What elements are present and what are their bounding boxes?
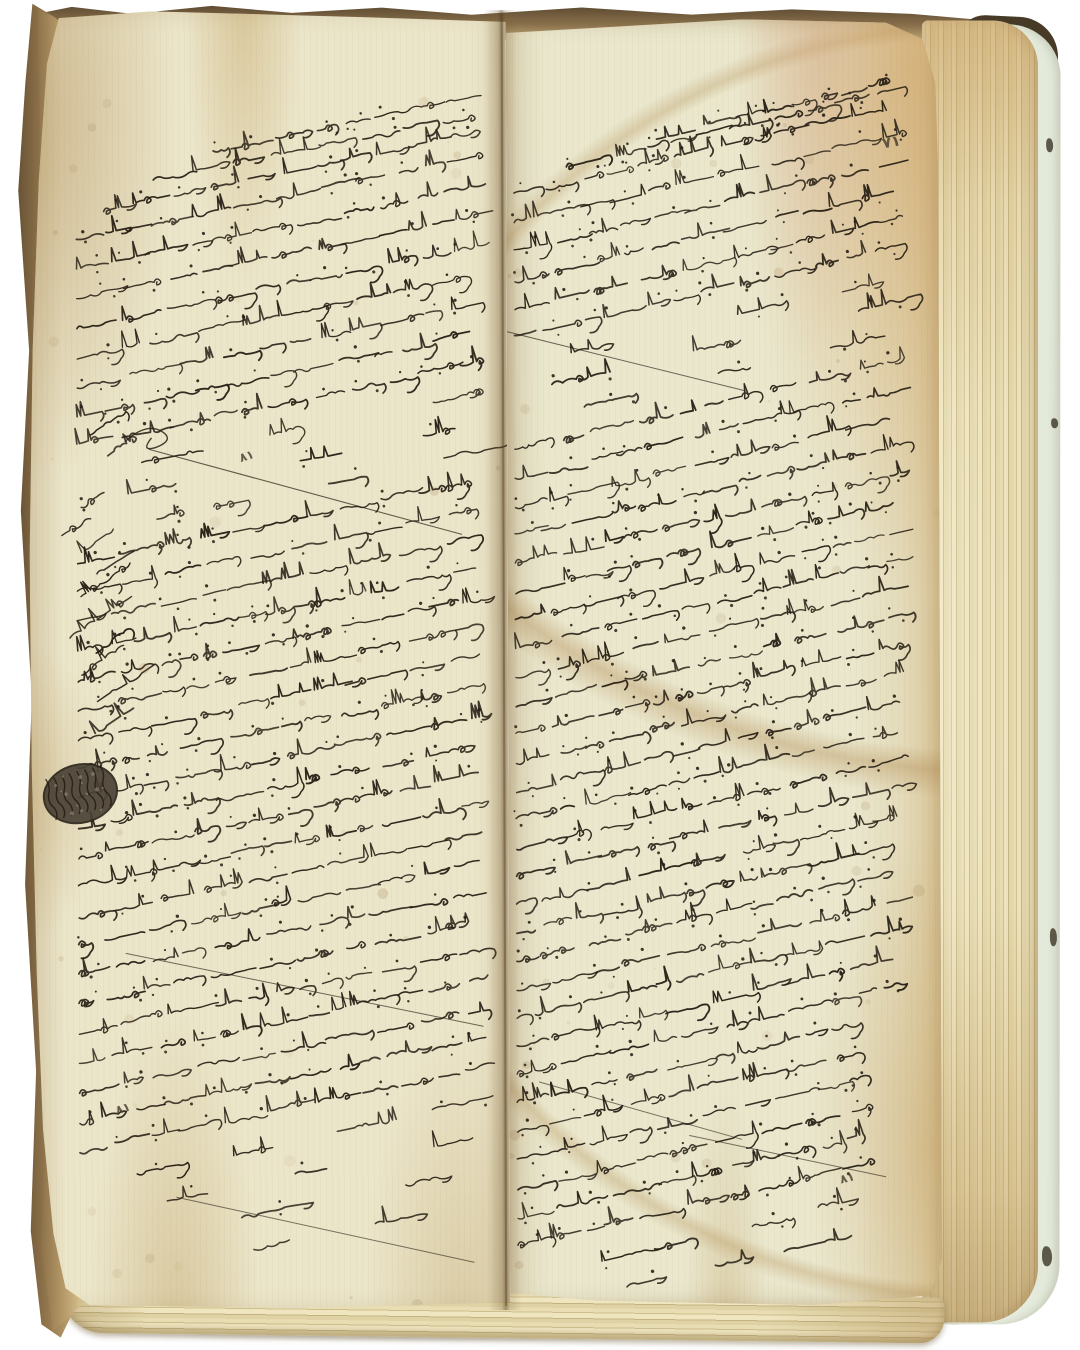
edge-speck xyxy=(1042,1246,1052,1266)
script-line xyxy=(75,612,485,722)
manuscript-book: ٧١ ٨١ ٨١ ٨١ xyxy=(0,0,1080,1350)
edge-speck xyxy=(1050,928,1057,946)
script-line xyxy=(512,627,912,750)
script-line xyxy=(514,602,918,716)
script-line xyxy=(514,970,910,1086)
script-line xyxy=(512,204,905,318)
script-line xyxy=(76,818,484,927)
script-line xyxy=(512,345,907,460)
signature-line xyxy=(625,1224,853,1292)
script-line xyxy=(76,583,498,696)
script-line xyxy=(74,322,473,432)
script-line xyxy=(512,489,896,605)
edge-speck xyxy=(1051,418,1058,428)
script-line xyxy=(74,345,487,461)
marginal-note xyxy=(76,485,106,511)
script-line xyxy=(653,70,893,151)
edge-speck xyxy=(1046,138,1053,152)
manuscript-photo: ٧١ ٨١ ٨١ ٨١ xyxy=(0,0,1080,1350)
script-line xyxy=(513,657,906,774)
folio-numeral-top-right: ٧١ xyxy=(881,131,902,152)
script-line xyxy=(100,116,482,219)
marginal-note xyxy=(62,585,133,640)
script-line xyxy=(150,98,477,193)
script-line xyxy=(514,1035,866,1144)
marginal-annotations xyxy=(56,402,161,738)
script-line xyxy=(211,83,483,160)
script-line xyxy=(513,458,914,578)
script-line xyxy=(513,829,897,947)
script-line xyxy=(75,847,482,959)
script-line xyxy=(514,884,915,1000)
marginal-note xyxy=(56,508,92,538)
script-line xyxy=(75,698,493,809)
right-page-text-block xyxy=(506,19,942,1307)
script-line xyxy=(513,742,910,858)
right-page xyxy=(506,19,942,1307)
script-line xyxy=(76,963,490,1073)
script-line xyxy=(513,856,895,971)
signature-line xyxy=(164,1123,473,1202)
script-line xyxy=(513,688,902,803)
script-line xyxy=(76,876,488,984)
script-line xyxy=(75,669,487,781)
script-line xyxy=(511,402,892,519)
left-page xyxy=(28,10,511,1312)
seal-stamp xyxy=(37,756,123,830)
signature-line xyxy=(598,1184,861,1272)
script-line xyxy=(514,804,900,919)
left-page-text-block xyxy=(28,10,511,1312)
marginal-note xyxy=(87,696,136,738)
sparse-entry-line xyxy=(581,324,886,415)
script-line xyxy=(512,571,911,692)
script-line xyxy=(511,177,895,290)
script-line xyxy=(512,540,915,660)
foxing-spots xyxy=(28,97,504,1312)
script-line xyxy=(512,428,915,545)
